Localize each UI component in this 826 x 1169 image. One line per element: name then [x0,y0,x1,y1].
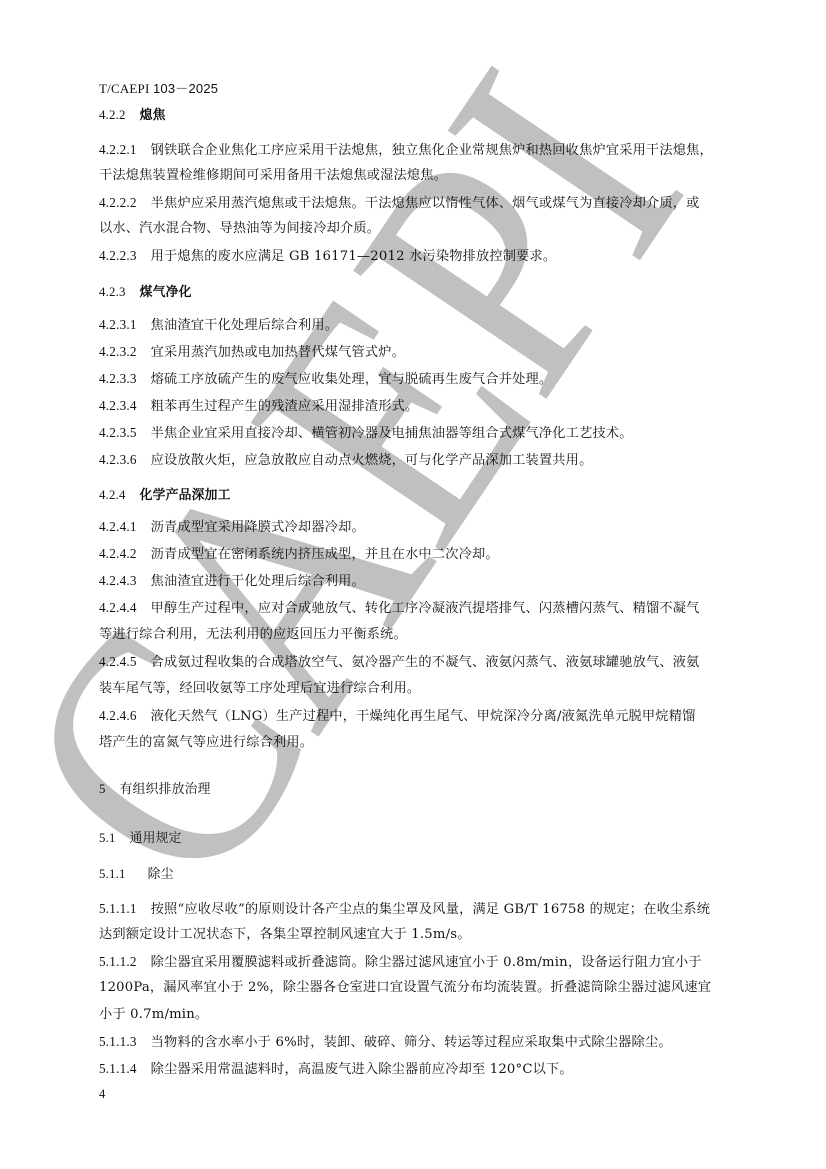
heading-5-1-1: 5.1.1除尘 [99,866,174,883]
clause-4-2-2-3: 4.2.2.3用于熄焦的废水应满足 GB 16171—2012 水污染物排放控制… [99,248,556,265]
clause-4-2-3-2: 4.2.3.2宜采用蒸汽加热或电加热替代煤气管式炉。 [99,344,405,361]
document-page: T/CAEPI 103－2025 4.2.2熄焦 4.2.2.1钢铁联合企业焦化… [0,0,826,1169]
standard-number: 103－2025 [153,81,218,96]
heading-4-2-3: 4.2.3煤气净化 [99,284,192,301]
clause-5-1-1-2-cont2: 小于 0.7m/min。 [99,1007,208,1023]
standard-prefix: T/CAEPI [99,81,150,96]
clause-4-2-3-4: 4.2.3.4粗苯再生过程产生的残渣应采用湿排渣形式。 [99,398,418,415]
page-number: 4 [99,1087,105,1102]
heading-5: 5有组织排放治理 [99,781,211,798]
clause-4-2-3-6: 4.2.3.6应设放散火炬，应急放散应自动点火燃烧，可与化学产品深加工装置共用。 [99,452,592,469]
clause-5-1-1-2-cont1: 1200Pa，漏风率宜小于 2%，除尘器各仓室进口宜设置气流分布均流装置。折叠滤… [99,980,711,996]
clause-4-2-3-3: 4.2.3.3熔硫工序放硫产生的废气应收集处理，宜与脱硫再生废气合并处理。 [99,371,552,388]
clause-4-2-4-1: 4.2.4.1沥青成型宜采用降膜式冷却器冷却。 [99,519,365,536]
clause-4-2-2-2-cont: 以水、汽水混合物、导热油等为间接冷却介质。 [99,221,380,237]
heading-5-1: 5.1通用规定 [99,830,182,847]
clause-4-2-4-4-cont: 等进行综合利用，无法利用的应返回压力平衡系统。 [99,627,407,643]
clause-4-2-2-1: 4.2.2.1钢铁联合企业焦化工序应采用干法熄焦，独立焦化企业常规焦炉和热回收焦… [99,142,713,159]
clause-5-1-1-1: 5.1.1.1按照“应收尽收”的原则设计各产尘点的集尘罩及风量，满足 GB/T … [99,901,710,918]
clause-4-2-4-5-cont: 装车尾气等，经回收氨等工序处理后宜进行综合利用。 [99,681,420,697]
clause-4-2-4-6: 4.2.4.6液化天然气（LNG）生产过程中，干燥纯化再生尾气、甲烷深冷分离/液… [99,708,695,725]
clause-5-1-1-1-cont: 达到额定设计工况状态下，各集尘罩控制风速宜大于 1.5m/s。 [99,927,471,943]
clause-4-2-4-5: 4.2.4.5合成氨过程收集的合成塔放空气、氨冷器产生的不凝气、液氨闪蒸气、液氨… [99,654,700,671]
clause-4-2-4-6-cont: 塔产生的富氮气等应进行综合利用。 [99,735,313,751]
clause-4-2-4-4: 4.2.4.4甲醇生产过程中，应对合成驰放气、转化工序冷凝液汽提塔排气、闪蒸槽闪… [99,600,700,617]
clause-4-2-4-2: 4.2.4.2沥青成型宜在密闭系统内挤压成型，并且在水中二次冷却。 [99,546,499,563]
clause-4-2-4-3: 4.2.4.3焦油渣宜进行干化处理后综合利用。 [99,573,365,590]
clause-5-1-1-3: 5.1.1.3当物料的含水率小于 6%时，装卸、破碎、筛分、转运等过程应采取集中… [99,1034,672,1051]
heading-4-2-4: 4.2.4化学产品深加工 [99,487,231,504]
clause-5-1-1-4: 5.1.1.4除尘器采用常温滤料时，高温废气进入除尘器前应冷却至 120°C以下… [99,1061,573,1078]
document-header: T/CAEPI 103－2025 [99,81,218,97]
heading-4-2-2: 4.2.2熄焦 [99,107,166,124]
clause-4-2-2-2: 4.2.2.2半焦炉应采用蒸汽熄焦或干法熄焦。干法熄焦应以惰性气体、烟气或煤气为… [99,195,700,212]
clause-5-1-1-2: 5.1.1.2除尘器宜采用覆膜滤料或折叠滤筒。除尘器过滤风速宜小于 0.8m/m… [99,954,702,971]
clause-4-2-3-1: 4.2.3.1焦油渣宜干化处理后综合利用。 [99,317,338,334]
clause-4-2-3-5: 4.2.3.5半焦企业宜采用直接冷却、横管初冷器及电捕焦油器等组合式煤气净化工艺… [99,425,633,442]
clause-4-2-2-1-cont: 干法熄焦装置检维修期间可采用备用干法熄焦或湿法熄焦。 [99,168,447,184]
